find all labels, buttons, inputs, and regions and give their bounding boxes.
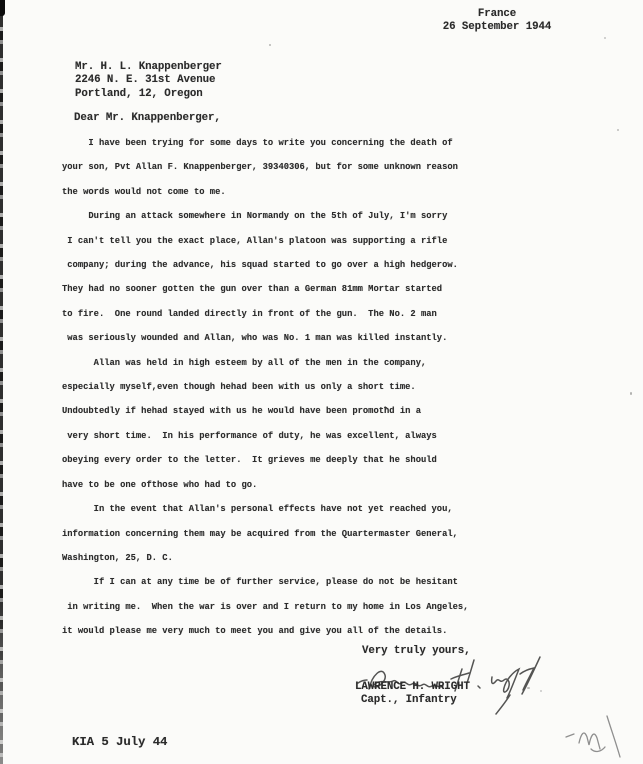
letter-body: I have been trying for some days to writ… — [62, 131, 468, 644]
body-line: company; during the advance, his squad s… — [62, 253, 468, 277]
paragraph: If I can at any time be of further servi… — [62, 570, 468, 643]
body-line: I can't tell you the exact place, Allan'… — [62, 229, 468, 253]
scan-speck — [527, 687, 530, 689]
paragraph: In the event that Allan's personal effec… — [62, 497, 468, 570]
scanned-letter-page: France 26 September 1944 Mr. H. L. Knapp… — [0, 0, 643, 764]
recipient-address-block: Mr. H. L. Knappenberger 2246 N. E. 31st … — [75, 61, 222, 101]
body-line: They had no sooner gotten the gun over t… — [62, 277, 468, 301]
scan-edge-artifact — [0, 0, 3, 764]
body-line: I have been trying for some days to writ… — [62, 131, 468, 155]
heading-date: 26 September 1944 — [440, 21, 554, 34]
kia-annotation: KIA 5 July 44 — [72, 735, 167, 749]
salutation: Dear Mr. Knappenberger, — [74, 112, 221, 125]
body-line: have to be one ofthose who had to go. — [62, 473, 468, 497]
typed-signer-name: LAWRENCE H. WRIGHT — [355, 681, 470, 694]
letter-heading: France 26 September 1944 — [440, 8, 554, 35]
scan-speck — [269, 44, 271, 46]
body-line: Undoubtedly if hehad stayed with us he w… — [62, 399, 468, 423]
body-line: In the event that Allan's personal effec… — [62, 497, 468, 521]
signer-title: Capt., Infantry — [361, 694, 457, 707]
body-line: Washington, 25, D. C. — [62, 546, 468, 570]
scan-speck — [540, 690, 542, 692]
body-line: it would please me very much to meet you… — [62, 619, 468, 643]
body-line: Allan was held in high esteem by all of … — [62, 351, 468, 375]
recipient-city: Portland, 12, Oregon — [75, 88, 222, 101]
pencil-initials-mark — [562, 710, 642, 764]
body-line: was seriously wounded and Allan, who was… — [62, 326, 468, 350]
body-line: If I can at any time be of further servi… — [62, 570, 468, 594]
body-line: very short time. In his performance of d… — [62, 424, 468, 448]
body-line: your son, Pvt Allan F. Knappenberger, 39… — [62, 155, 468, 179]
recipient-street: 2246 N. E. 31st Avenue — [75, 74, 222, 87]
body-line: especially myself,even though hehad been… — [62, 375, 468, 399]
body-line: During an attack somewhere in Normandy o… — [62, 204, 468, 228]
scan-speck — [604, 37, 606, 39]
paragraph: I have been trying for some days to writ… — [62, 131, 468, 204]
scan-speck — [617, 129, 619, 131]
scan-corner-blob — [0, 0, 5, 16]
scan-speck — [630, 392, 632, 395]
heading-place: France — [440, 8, 554, 21]
paragraph: During an attack somewhere in Normandy o… — [62, 204, 468, 350]
body-line: obeying every order to the letter. It gr… — [62, 448, 468, 472]
body-line: in writing me. When the war is over and … — [62, 595, 468, 619]
body-line: information concerning them may be acqui… — [62, 522, 468, 546]
body-line: the words would not come to me. — [62, 180, 468, 204]
paragraph: Allan was held in high esteem by all of … — [62, 351, 468, 497]
recipient-name: Mr. H. L. Knappenberger — [75, 61, 222, 74]
body-line: to fire. One round landed directly in fr… — [62, 302, 468, 326]
